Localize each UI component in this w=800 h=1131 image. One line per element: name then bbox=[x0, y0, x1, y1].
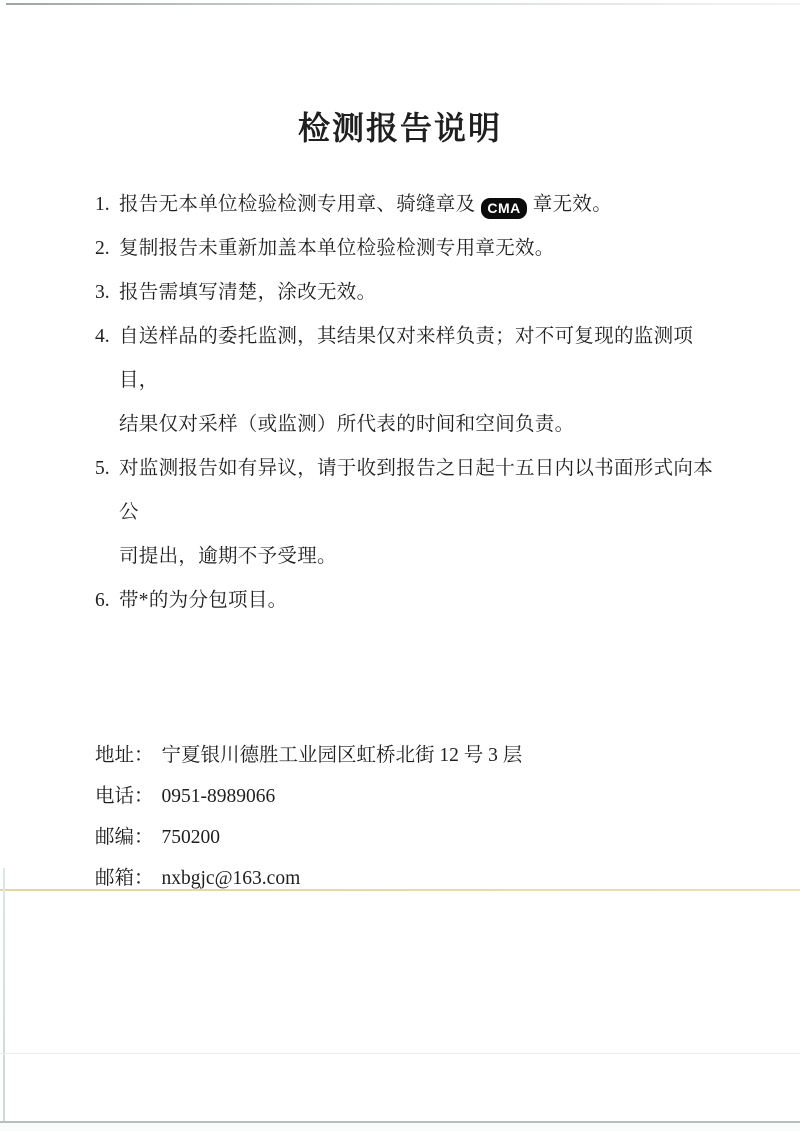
contact-postcode-value: 750200 bbox=[162, 827, 221, 848]
list-item-line: 结果仅对采样（或监测）所代表的时间和空间负责。 bbox=[119, 403, 727, 447]
contact-info-block: 地址：宁夏银川德胜工业园区虹桥北街 12 号 3 层 电话：0951-89890… bbox=[95, 735, 522, 899]
scan-artifact-left-page-edge bbox=[3, 868, 5, 1131]
list-item: 5. 对监测报告如有异议，请于收到报告之日起十五日内以书面形式向本公 司提出，逾… bbox=[95, 447, 727, 579]
cma-accreditation-mark-icon: CMA bbox=[481, 198, 526, 219]
list-item-text: 对监测报告如有异议，请于收到报告之日起十五日内以书面形式向本公 司提出，逾期不予… bbox=[119, 447, 727, 579]
list-item-number: 5. bbox=[95, 447, 119, 491]
list-item-text: 复制报告未重新加盖本单位检验检测专用章无效。 bbox=[119, 227, 727, 271]
contact-address-row: 地址：宁夏银川德胜工业园区虹桥北街 12 号 3 层 bbox=[95, 735, 522, 776]
scan-artifact-top-edge-line bbox=[6, 3, 800, 5]
list-item: 3. 报告需填写清楚，涂改无效。 bbox=[95, 271, 727, 315]
contact-address-label: 地址： bbox=[95, 745, 154, 766]
page-title: 检测报告说明 bbox=[0, 103, 800, 149]
list-item: 1. 报告无本单位检验检测专用章、骑缝章及CMA章无效。 bbox=[95, 183, 727, 227]
scan-artifact-bottom-band bbox=[0, 1123, 800, 1131]
notes-list: 1. 报告无本单位检验检测专用章、骑缝章及CMA章无效。 2. 复制报告未重新加… bbox=[95, 183, 727, 623]
list-item: 6. 带*的为分包项目。 bbox=[95, 579, 727, 623]
contact-address-value: 宁夏银川德胜工业园区虹桥北街 12 号 3 层 bbox=[162, 745, 523, 766]
list-item-line: 司提出，逾期不予受理。 bbox=[119, 535, 727, 579]
list-item-number: 2. bbox=[95, 227, 119, 271]
note-1-text-pre: 报告无本单位检验检测专用章、骑缝章及 bbox=[119, 194, 475, 215]
list-item-number: 1. bbox=[95, 183, 119, 227]
list-item-text: 报告需填写清楚，涂改无效。 bbox=[119, 271, 727, 315]
contact-phone-value: 0951-8989066 bbox=[162, 786, 276, 807]
list-item-line: 对监测报告如有异议，请于收到报告之日起十五日内以书面形式向本公 bbox=[119, 447, 727, 535]
list-item-line: 自送样品的委托监测，其结果仅对来样负责；对不可复现的监测项目， bbox=[119, 315, 727, 403]
scan-artifact-yellow-divider bbox=[0, 889, 800, 891]
contact-phone-row: 电话：0951-8989066 bbox=[95, 776, 522, 817]
contact-email-label: 邮箱： bbox=[95, 868, 154, 889]
list-item-text: 报告无本单位检验检测专用章、骑缝章及CMA章无效。 bbox=[119, 183, 727, 227]
list-item: 2. 复制报告未重新加盖本单位检验检测专用章无效。 bbox=[95, 227, 727, 271]
contact-email-value: nxbgjc@163.com bbox=[162, 868, 301, 889]
list-item-text: 自送样品的委托监测，其结果仅对来样负责；对不可复现的监测项目， 结果仅对采样（或… bbox=[119, 315, 727, 447]
note-1-text-post: 章无效。 bbox=[533, 194, 612, 215]
list-item: 4. 自送样品的委托监测，其结果仅对来样负责；对不可复现的监测项目， 结果仅对采… bbox=[95, 315, 727, 447]
list-item-number: 6. bbox=[95, 579, 119, 623]
list-item-text: 带*的为分包项目。 bbox=[119, 579, 727, 623]
scan-artifact-bottom-page-edge bbox=[0, 1121, 800, 1123]
scan-artifact-faint-line bbox=[0, 1053, 800, 1054]
scanned-report-notes-page: 检测报告说明 1. 报告无本单位检验检测专用章、骑缝章及CMA章无效。 2. 复… bbox=[0, 0, 800, 1131]
cma-mark-letters: CMA bbox=[487, 200, 520, 216]
contact-postcode-row: 邮编：750200 bbox=[95, 817, 522, 858]
list-item-number: 3. bbox=[95, 271, 119, 315]
list-item-number: 4. bbox=[95, 315, 119, 359]
contact-postcode-label: 邮编： bbox=[95, 827, 154, 848]
contact-phone-label: 电话： bbox=[95, 786, 154, 807]
contact-email-row: 邮箱：nxbgjc@163.com bbox=[95, 858, 522, 899]
